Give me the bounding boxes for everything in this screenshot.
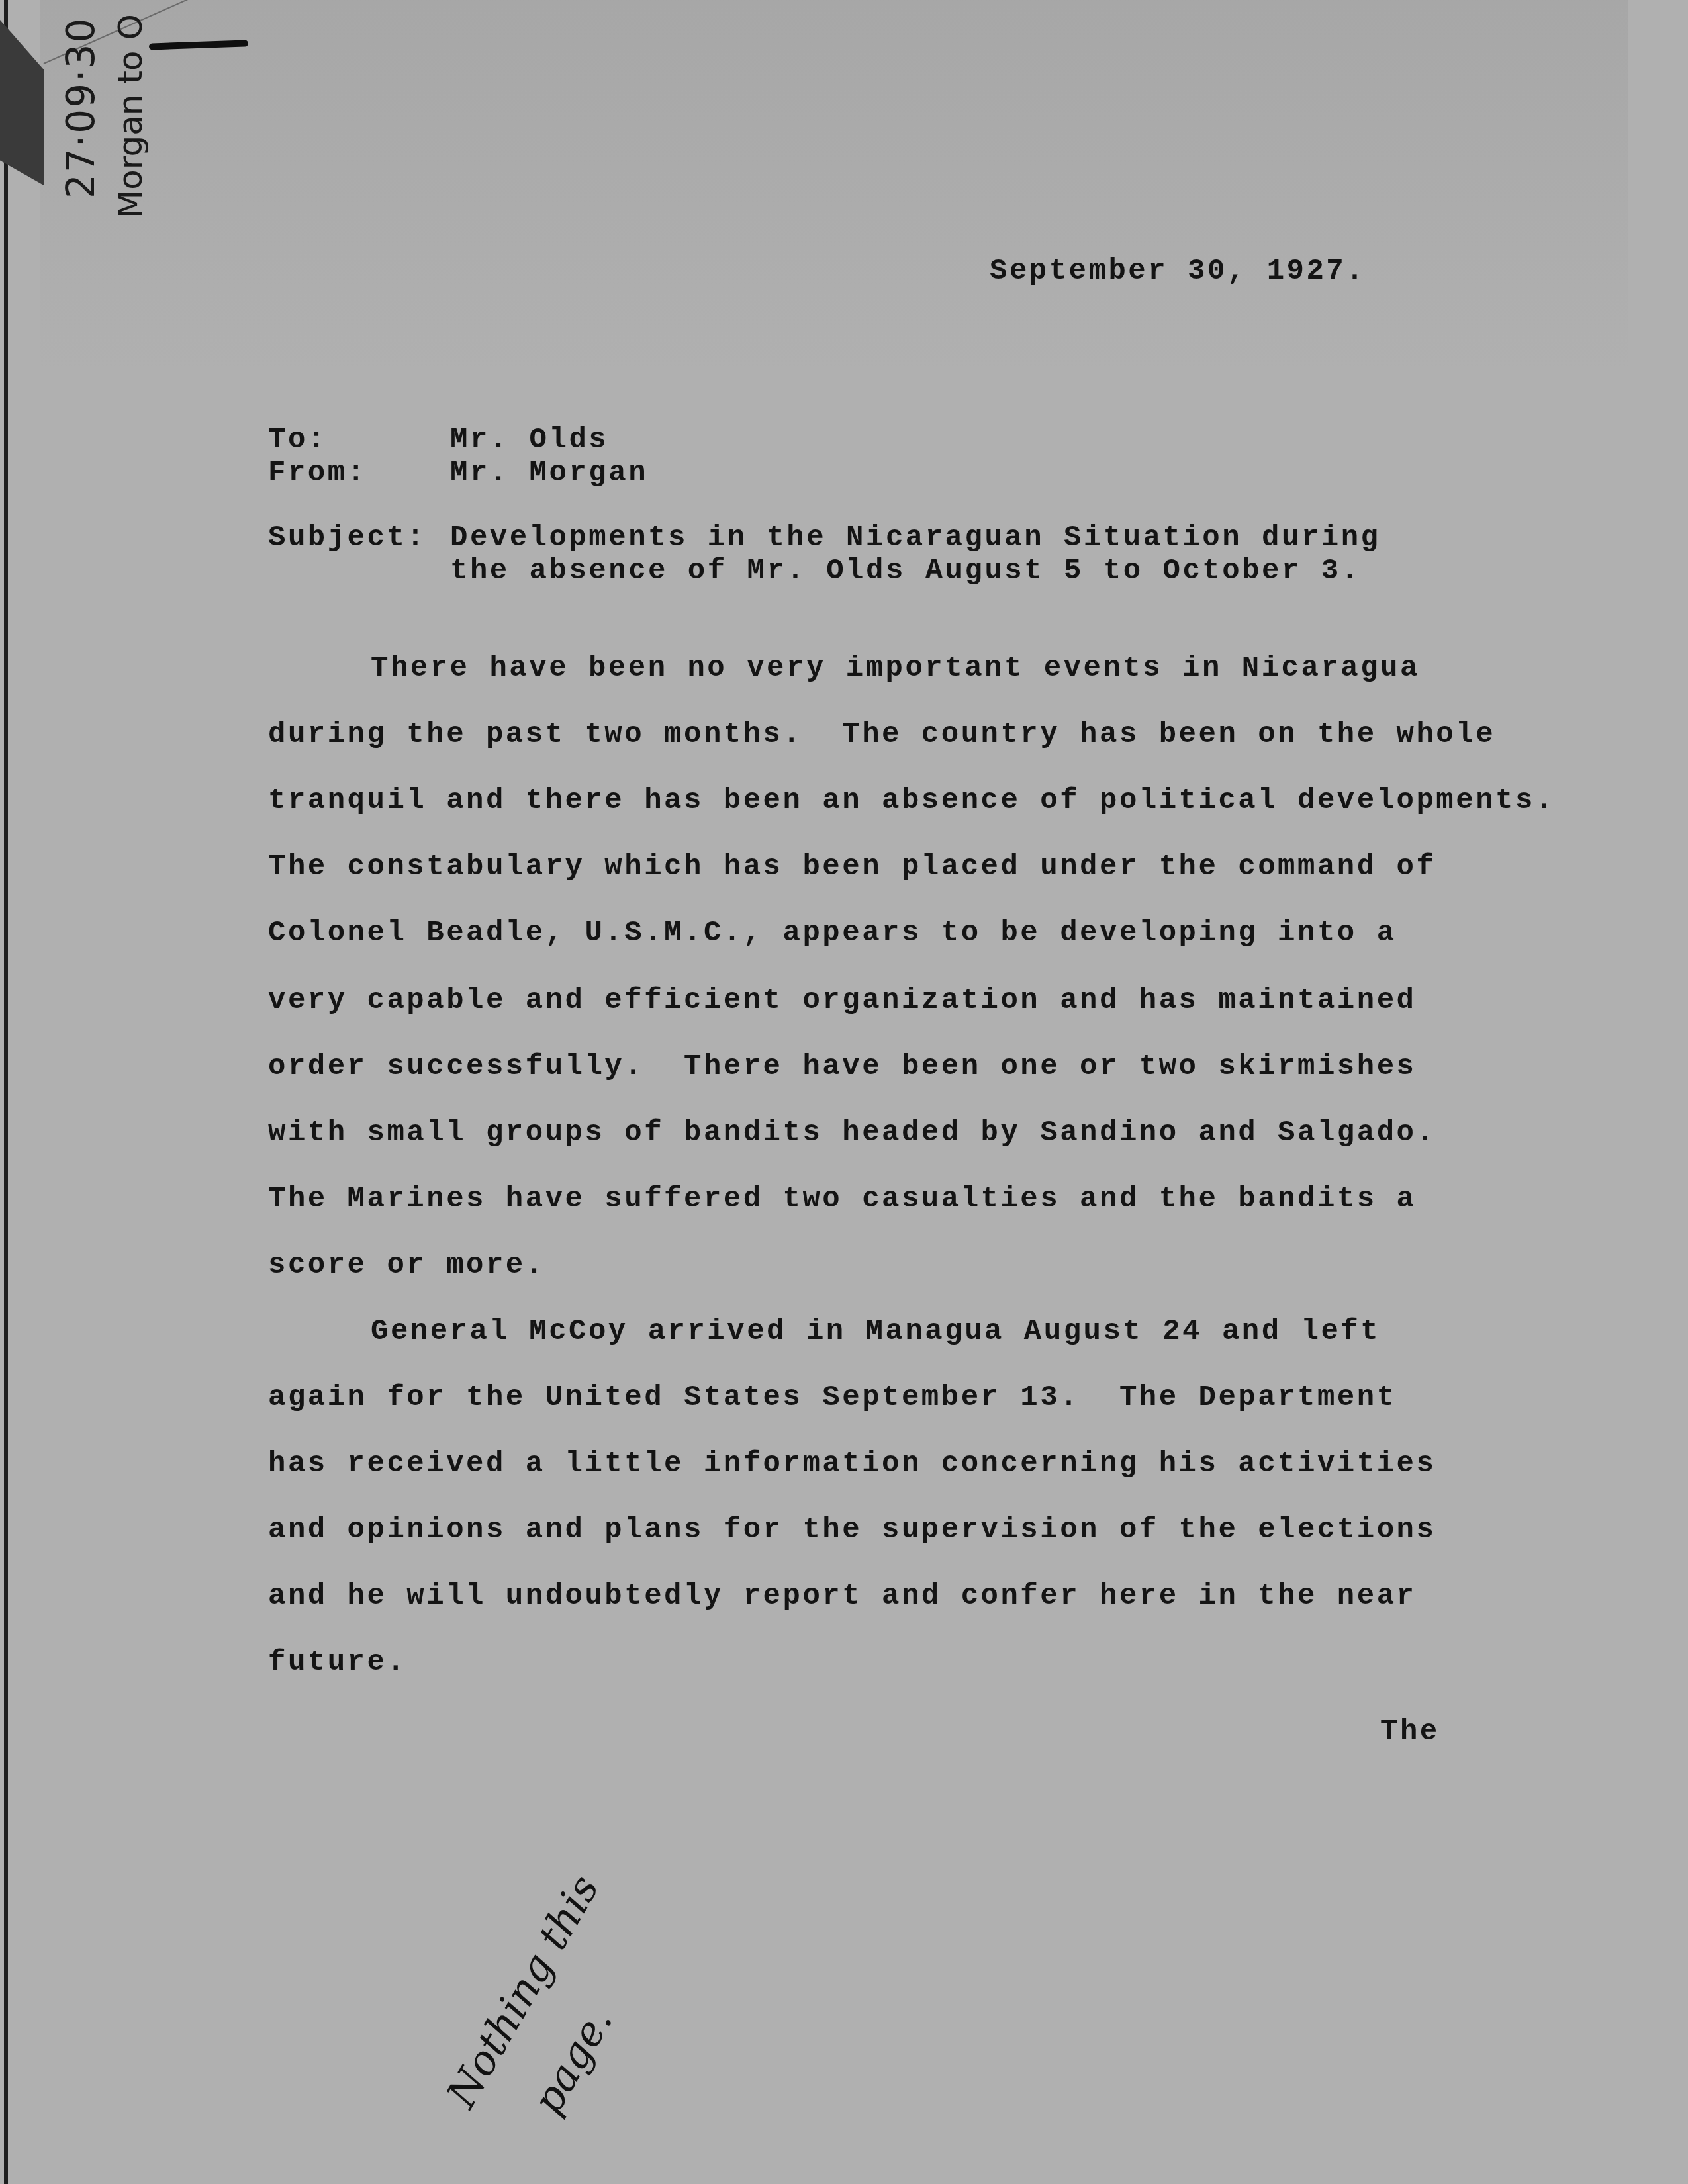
text-line: very capable and efficient organization … [268, 984, 1416, 1017]
text-line: There have been no very important events… [371, 652, 1420, 685]
text-line: has received a little information concer… [268, 1447, 1436, 1480]
text-line: and opinions and plans for the supervisi… [268, 1514, 1436, 1547]
page-edge [4, 0, 8, 2184]
handwritten-note-line-2: page. [523, 1999, 622, 2122]
subject-label: Subject: [268, 522, 426, 555]
margin-date-code: 27·09·30 [58, 17, 103, 199]
memo-date: September 30, 1927. [990, 255, 1366, 288]
margin-subject-note: Morgan to O [111, 14, 150, 218]
scan-smudge [40, 0, 1628, 371]
text-line: order successfully. There have been one … [268, 1050, 1416, 1083]
to-value: Mr. Olds [450, 424, 608, 457]
text-line: The constabulary which has been placed u… [268, 850, 1436, 884]
text-line: The Marines have suffered two casualties… [268, 1183, 1416, 1216]
text-line: General McCoy arrived in Managua August … [371, 1315, 1380, 1348]
text-line: during the past two months. The country … [268, 718, 1495, 751]
text-line: and he will undoubtedly report and confe… [268, 1580, 1416, 1613]
folded-corner [0, 20, 44, 185]
from-value: Mr. Morgan [450, 457, 648, 490]
subject-line-1: Developments in the Nicaraguan Situation… [450, 522, 1381, 555]
to-label: To: [268, 424, 328, 457]
text-line: future. [268, 1646, 406, 1679]
text-line: tranquil and there has been an absence o… [268, 784, 1555, 817]
text-line: with small groups of bandits headed by S… [268, 1116, 1436, 1150]
text-line: again for the United States September 13… [268, 1381, 1397, 1414]
text-line: score or more. [268, 1249, 545, 1282]
continuation-word: The [1380, 1715, 1440, 1749]
subject-line-2: the absence of Mr. Olds August 5 to Octo… [450, 555, 1361, 588]
from-label: From: [268, 457, 367, 490]
text-line: Colonel Beadle, U.S.M.C., appears to be … [268, 917, 1397, 950]
